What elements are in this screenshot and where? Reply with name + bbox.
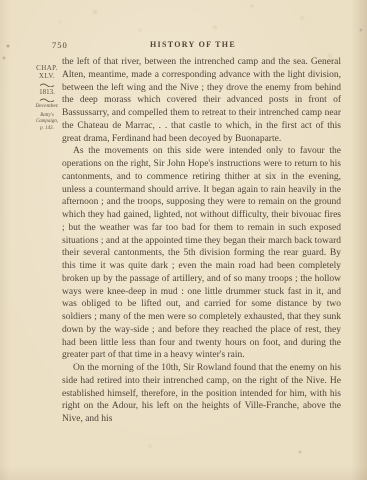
sidenote-citation: Batty's Campaign, p. 143.	[32, 113, 62, 133]
sidenote-flourish-icon	[39, 97, 55, 102]
running-header: HISTORY OF THE	[62, 40, 324, 49]
citation-line: Campaign,	[32, 119, 62, 126]
sidenote-flourish-icon	[39, 82, 55, 87]
paragraph: As the movements on this side were inten…	[62, 145, 341, 362]
chapter-numeral: XLV.	[32, 73, 62, 80]
chapter-label: CHAP.	[32, 65, 62, 72]
sidenote-month: December.	[32, 104, 62, 110]
paragraph: the left of that river, between the intr…	[62, 56, 341, 145]
margin-notes: CHAP. XLV. 1813. December. Batty's Campa…	[32, 65, 62, 132]
citation-line: p. 143.	[32, 126, 62, 133]
sidenote-year: 1813.	[32, 89, 62, 96]
scanned-book-page: 750 HISTORY OF THE CHAP. XLV. 1813. Dece…	[0, 0, 367, 480]
paragraph: On the morning of the 10th, Sir Rowland …	[62, 362, 341, 426]
body-text: the left of that river, between the intr…	[62, 56, 341, 426]
